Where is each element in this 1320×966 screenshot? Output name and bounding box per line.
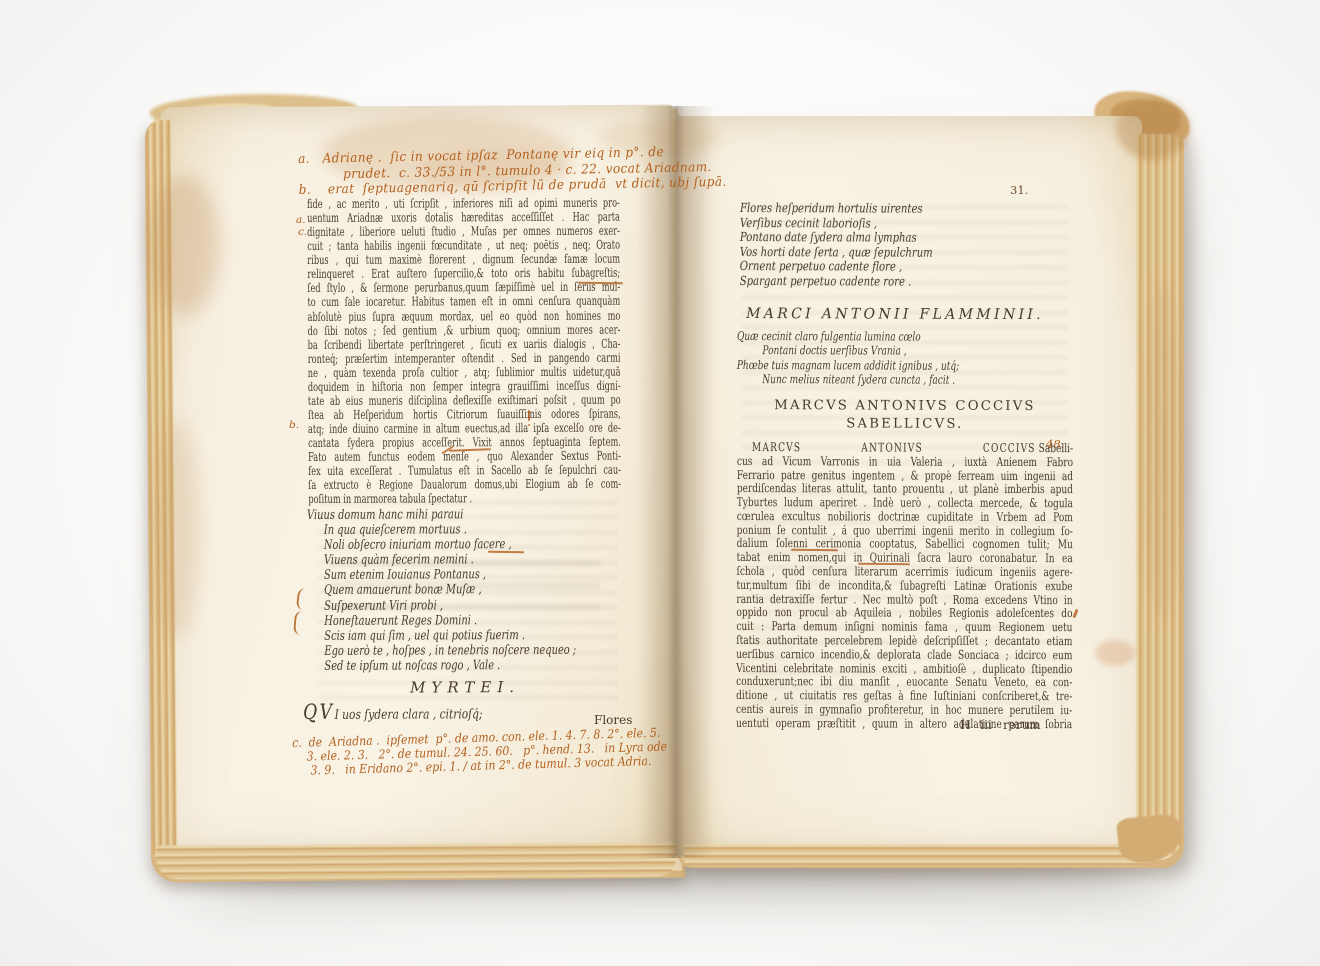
photo-of-open-book: a. Adrianę . ſic in vocat ipſaz Pontanę … [0,0,1320,966]
text-line: cantata ſydera propius acceſſerit. Vixit… [308,435,621,450]
flamminii-poem: Quæ cecinit claro fulgentia lumina cœloP… [737,329,959,387]
text-line: Pontani doctis uerſibus Vrania , [762,343,959,358]
text-line: cuit ; tanta habilis ingenii fœcunditate… [307,238,620,253]
margin-letter-a: a. [296,214,306,226]
text-line: Suſpexerunt Viri probi , [324,597,576,613]
text-line: In qua quieſcerem mortuus . [324,522,576,538]
myrtei-incipit-line: QVI uos ſydera clara , citrioſq́; [303,699,483,724]
lead-capitals: MARCVS ANTONIVS COCCIVS [752,440,1036,455]
text-line: abſolutè pius ſupra æquum mordax, uel eo… [307,308,620,323]
red-ink-brace [296,587,309,610]
text-line: ribus , qui tum maximè florerent , dignu… [307,252,620,267]
text-line: uentum Ariadnæ uxoris dotalis hæreditas … [307,210,620,225]
sabellicus-heading: MARCVS ANTONIVS COCCIVSSABELLICVS. [737,397,1073,434]
text-line: Scis iam qui ſim , uel qui potius fuerim… [324,628,576,644]
text-line: Pontano date ſydera alma lymphas [740,230,933,245]
text-line: Viuens quàm fecerim nemini . [324,552,576,568]
flamminii-heading: MARCI ANTONII FLAMMINII. [735,306,1055,323]
text-line: Flores heſperidum hortulis uirentes [740,201,933,216]
sabellicus-paragraph: MARCVS ANTONIVS COCCIVSSabelli- cus ad V… [736,441,1073,732]
manuscript-annotation-top: a. Adrianę . ſic in vocat ipſaz Pontanę … [298,144,727,199]
hesperidum-poem: Flores heſperidum hortulis uirentesVerſi… [740,201,933,289]
text-line: Ego uerò te , hoſpes , in tenebris noſce… [324,643,576,659]
margin-letter-c: c. [298,226,307,238]
text-line: ne , quàm texenda proſa cultior , atq; ſ… [308,364,621,379]
text-line: Spargant perpetuo cadente rore . [740,274,933,289]
text-line: fide , ac merito , uti ſcripſit , inferi… [307,196,620,211]
margin-letter-b: b. [289,419,299,431]
text-line: Quem amauerunt bonæ Muſæ , [324,582,576,598]
left-page-paragraph: fide , ac merito , uti ſcripſit , inferi… [307,196,621,507]
page-number: 31. [1010,183,1028,197]
text-line: doquidem in hiſtoria non ſemper integra … [308,378,621,393]
paragraph-lines: cus ad Vicum Varronis in uia Valeria , i… [736,455,1073,732]
text-line: do ſibi notos ; ſed gentium ,& urbium qu… [308,322,621,337]
text-line: ba ſcribendi libertate perſtringeret , ſ… [308,336,621,351]
page-text-layer: a. Adrianę . ſic in vocat ipſaz Pontanę … [0,0,1320,966]
text-line: ſed ſtylo , & ſermone perurbanus,quum ſæ… [307,280,620,295]
text-line: atq; inde diuino carmine in altum euectu… [308,421,621,436]
drop-initials: QV [303,700,335,724]
text-line: Sed te ipſum ut noſcas rogo , Vale . [324,658,576,674]
text-line: fex uita exceſſerat . Tumulatus eſt in S… [308,463,621,478]
text-line: Quæ cecinit claro fulgentia lumina cœlo [737,329,959,344]
text-line: Phœbe tuis magnam lucem addidit ignibus … [737,358,959,373]
red-ink-brace [293,611,305,636]
signature-mark: H iii [960,718,992,732]
manuscript-annotation-bottom: c. de Ariadna . ipſemet p°. de amo. con.… [292,726,668,778]
text-line: dignitate , liberiore ueluti ſtudio , Mu… [307,224,620,239]
red-ink-comma [1072,609,1078,618]
text-line: ronteq́; præſertim intemperanter oſtendi… [308,350,621,365]
text-line: tate ab eius muneris diſciplina deflexiſ… [308,393,621,408]
text-line: Noli obſecro iniuriam mortuo facere , [324,537,576,553]
incipit-text: I uos ſydera clara , citrioſq́; [335,707,483,723]
text-line: MARCVS ANTONIVS COCCIVS [737,397,1073,416]
first-line-rest: Sabelli- [1039,441,1073,455]
text-line: relinqueret . Erat auſtero ſupercilio,& … [307,266,620,281]
text-line: poſitum in marmorea tabula ſpectatur . [308,491,621,506]
text-line: Honeſtauerunt Reges Domini . [324,612,576,628]
text-line: Viuus domum hanc mihi paraui [307,507,576,523]
text-line: Sum etenim Iouianus Pontanus , [324,567,576,583]
text-line: SABELLICVS. [737,415,1073,434]
right-catchword: rerum [1003,718,1041,732]
text-line: ſa extructo è Regione Daualorum domus,ub… [308,477,621,492]
pontanus-epitaph-poem: Viuus domum hanc mihi parauiIn qua quieſ… [307,507,576,674]
text-line: Nunc melius niteant ſydera cuncta , faci… [762,372,959,387]
text-line: to cum ſale iocaretur. Habitus tamen eſt… [307,294,620,309]
myrtei-heading: MYRTEI. [307,678,623,697]
text-line: Fato autem functus eodem menſe , quo Ale… [308,449,621,464]
text-line: ſtea ab Heſperidum hortis Citriorum ſuau… [308,407,621,422]
